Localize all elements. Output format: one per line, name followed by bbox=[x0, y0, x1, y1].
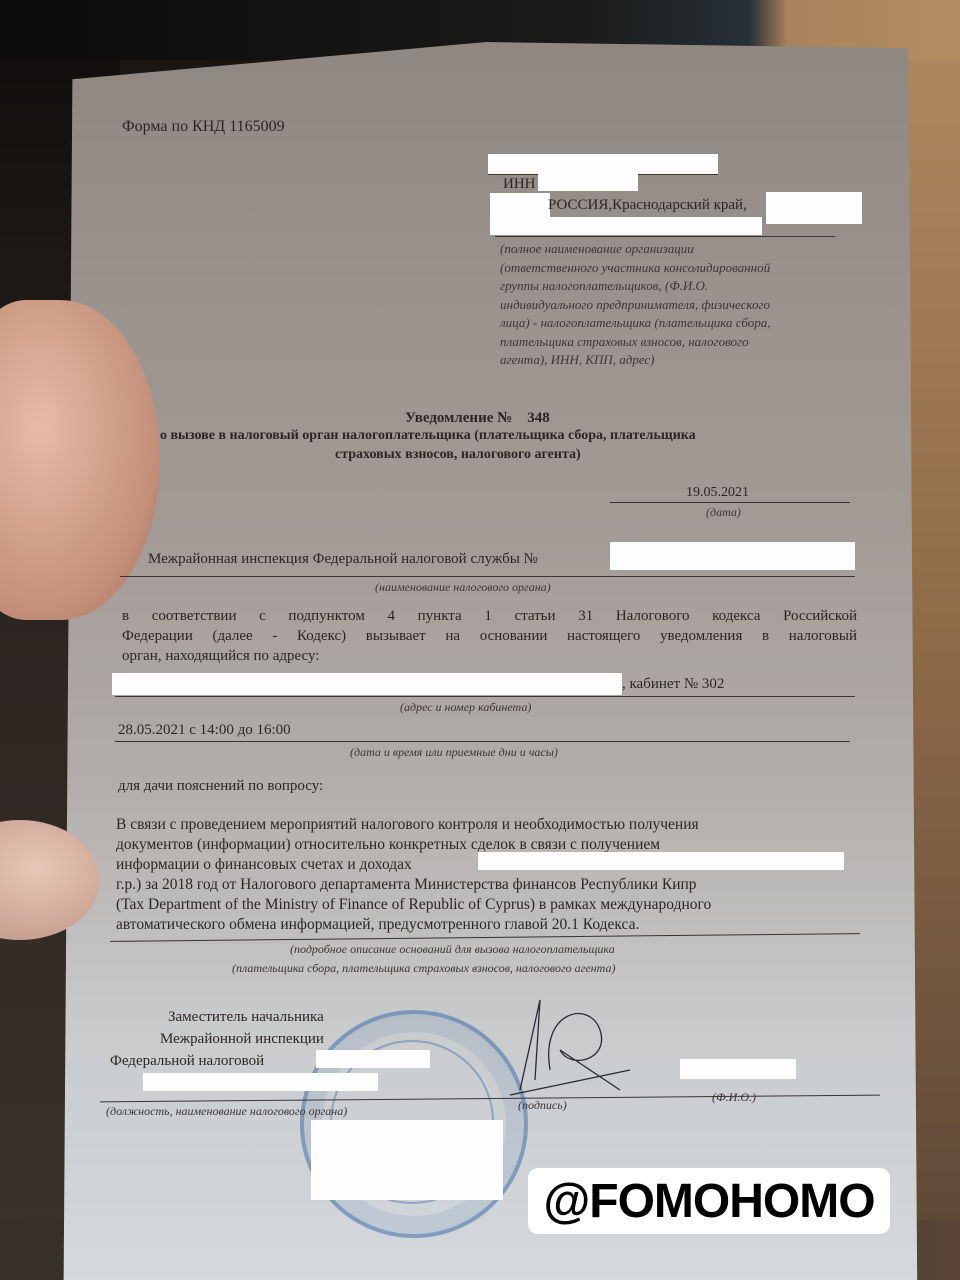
body-line: орган, находящийся по адресу: bbox=[122, 646, 857, 666]
signatory-title: Заместитель начальника Межрайонной инспе… bbox=[110, 1006, 274, 1072]
redaction bbox=[490, 217, 762, 235]
signature bbox=[480, 990, 640, 1100]
redaction bbox=[490, 193, 550, 217]
signatory-line: Межрайонной инспекции bbox=[160, 1028, 324, 1050]
reason-line: (Tax Department of the Ministry of Finan… bbox=[116, 895, 711, 915]
tax-authority-caption: (наименование налогового органа) bbox=[375, 580, 551, 595]
name-caption: (Ф.И.О.) bbox=[712, 1090, 756, 1105]
office-number: , кабинет № 302 bbox=[622, 676, 724, 693]
redaction bbox=[478, 852, 844, 870]
caption-line: (полное наименование организации bbox=[500, 240, 771, 259]
redaction bbox=[538, 173, 638, 191]
redaction bbox=[311, 1120, 503, 1200]
notice-number: 348 bbox=[527, 410, 550, 426]
appointment-time: 28.05.2021 с 14:00 до 16:00 bbox=[118, 722, 291, 739]
recipient-address: РОССИЯ,Краснодарский край, bbox=[548, 197, 747, 214]
redaction bbox=[610, 542, 855, 570]
notice-subtitle-2: страховых взносов, налогового агента) bbox=[335, 447, 581, 463]
notice-date: 19.05.2021 bbox=[686, 485, 749, 501]
reason-line: г.р.) за 2018 год от Налогового департам… bbox=[116, 875, 711, 895]
watermark-text: @FOMOHOMO bbox=[543, 1174, 874, 1229]
date-caption: (дата) bbox=[706, 505, 741, 520]
caption-line: группы налогоплательщиков, (Ф.И.О. bbox=[500, 277, 771, 296]
redaction bbox=[112, 673, 622, 695]
underline bbox=[120, 576, 855, 577]
redaction bbox=[488, 154, 718, 174]
redaction bbox=[680, 1059, 796, 1079]
underline bbox=[610, 502, 850, 503]
underline bbox=[115, 696, 855, 697]
appointment-caption: (дата и время или приемные дни и часы) bbox=[350, 745, 558, 760]
reason-caption-1: (подробное описание оснований для вызова… bbox=[290, 942, 615, 957]
body-text: в соответствии с подпунктом 4 пункта 1 с… bbox=[122, 606, 857, 666]
notice-label: Уведомление № bbox=[405, 410, 512, 426]
underline bbox=[495, 236, 835, 237]
underline bbox=[115, 741, 850, 742]
inn-label: ИНН bbox=[503, 176, 536, 193]
reason-line: автоматического обмена информацией, пред… bbox=[116, 915, 711, 935]
signatory-line: Федеральной налоговой bbox=[110, 1050, 274, 1072]
notice-subtitle: о вызове в налоговый орган налогоплатель… bbox=[160, 428, 696, 444]
caption-line: (ответственного участника консолидирован… bbox=[500, 259, 771, 278]
caption-line: агента), ИНН, КПП, адрес) bbox=[500, 351, 771, 370]
reason-caption-2: (плательщика сбора, плательщика страховы… bbox=[232, 961, 615, 976]
form-code: Форма по КНД 1165009 bbox=[122, 118, 285, 136]
signature-caption: (подпись) bbox=[518, 1098, 567, 1113]
address-caption: (адрес и номер кабинета) bbox=[400, 700, 531, 715]
notice-title: Уведомление № 348 bbox=[405, 410, 550, 427]
purpose-label: для дачи пояснений по вопросу: bbox=[118, 778, 323, 795]
signatory-line: Заместитель начальника bbox=[168, 1006, 332, 1028]
caption-line: плательщика страховых взносов, налоговог… bbox=[500, 333, 771, 352]
redaction bbox=[143, 1073, 378, 1091]
body-line: Федерации (далее - Кодекс) вызывает на о… bbox=[122, 626, 857, 646]
body-line: в соответствии с подпунктом 4 пункта 1 с… bbox=[122, 606, 857, 626]
redaction bbox=[766, 192, 862, 224]
reason-line: В связи с проведением мероприятий налого… bbox=[116, 815, 711, 835]
watermark-badge: @FOMOHOMO bbox=[528, 1168, 890, 1234]
position-caption: (должность, наименование налогового орга… bbox=[106, 1104, 347, 1119]
caption-line: индивидуального предпринимателя, физичес… bbox=[500, 296, 771, 315]
tax-authority-name: Межрайонная инспекция Федеральной налого… bbox=[148, 551, 538, 568]
redaction bbox=[316, 1050, 430, 1068]
reason-text: В связи с проведением мероприятий налого… bbox=[116, 815, 711, 935]
recipient-caption: (полное наименование организации (ответс… bbox=[500, 240, 771, 370]
caption-line: лица) - налогоплательщика (плательщика с… bbox=[500, 314, 771, 333]
